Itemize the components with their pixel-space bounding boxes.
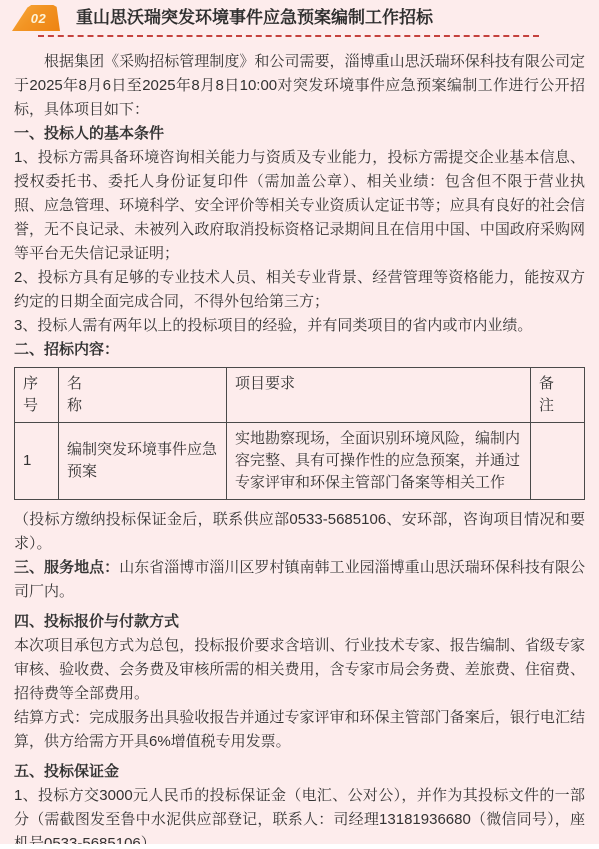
table-header-no: 序号 — [15, 368, 59, 423]
section3-label: 三、服务地点： — [14, 559, 119, 576]
section4-paragraph-2: 结算方式：完成服务出具验收报告并通过专家评审和环保主管部门备案后，银行电汇结算，… — [14, 706, 585, 754]
table-header-name: 名 称 — [59, 368, 227, 423]
section4-paragraph-1: 本次项目承包方式为总包，投标报价要求含培训、行业技术专家、报告编制、省级专家审核… — [14, 634, 585, 706]
table-row: 1 编制突发环境事件应急预案 实地勘察现场，全面识别环境风险，编制内容完整、具有… — [15, 423, 585, 500]
intro-paragraph: 根据集团《采购招标管理制度》和公司需要，淄博重山思沃瑞环保科技有限公司定于202… — [14, 50, 585, 122]
page-title: 重山思沃瑞突发环境事件应急预案编制工作招标 — [76, 6, 433, 30]
table-cell-note — [531, 423, 585, 500]
table-cell-name: 编制突发环境事件应急预案 — [59, 423, 227, 500]
announcement-page: 02 重山思沃瑞突发环境事件应急预案编制工作招标 根据集团《采购招标管理制度》和… — [0, 0, 599, 849]
section5-heading: 五、投标保证金 — [14, 760, 585, 784]
section5-item-1: 1、投标方交3000元人民币的投标保证金（电汇、公对公），并作为其投标文件的一部… — [14, 784, 585, 849]
table-header-row: 序号 名 称 项目要求 备 注 — [15, 368, 585, 423]
tender-content-table: 序号 名 称 项目要求 备 注 1 编制突发环境事件应急预案 实地勘察现场，全面… — [14, 367, 585, 500]
table-cell-requirements: 实地勘察现场，全面识别环境风险，编制内容完整、具有可操作性的应急预案，并通过专家… — [227, 423, 531, 500]
badge-number-label: 02 — [26, 11, 46, 26]
table-header-requirements: 项目要求 — [227, 368, 531, 423]
dashed-divider — [38, 35, 539, 37]
section1-item-1: 1、投标方需具备环境咨询相关能力与资质及专业能力，投标方需提交企业基本信息、授权… — [14, 146, 585, 266]
section1-item-3: 3、投标人需有两年以上的投标项目的经验，并有同类项目的省内或市内业绩。 — [14, 314, 585, 338]
section-number-badge: 02 — [12, 5, 60, 31]
bottom-edge-strip — [0, 844, 599, 849]
section2-heading: 二、招标内容： — [14, 338, 585, 362]
section1-item-2: 2、投标方具有足够的专业技术人员、相关专业背景、经营管理等资格能力，能按双方约定… — [14, 266, 585, 314]
table-header-note: 备 注 — [531, 368, 585, 423]
section3-line: 三、服务地点：山东省淄博市淄川区罗村镇南韩工业园淄博重山思沃瑞环保科技有限公司厂… — [14, 556, 585, 604]
document-header: 02 重山思沃瑞突发环境事件应急预案编制工作招标 — [12, 5, 585, 31]
section4-heading: 四、投标报价与付款方式 — [14, 610, 585, 634]
section1-heading: 一、投标人的基本条件 — [14, 122, 585, 146]
table-cell-no: 1 — [15, 423, 59, 500]
deposit-contact-note: （投标方缴纳投标保证金后，联系供应部0533-5685106、安环部，咨询项目情… — [14, 508, 585, 556]
